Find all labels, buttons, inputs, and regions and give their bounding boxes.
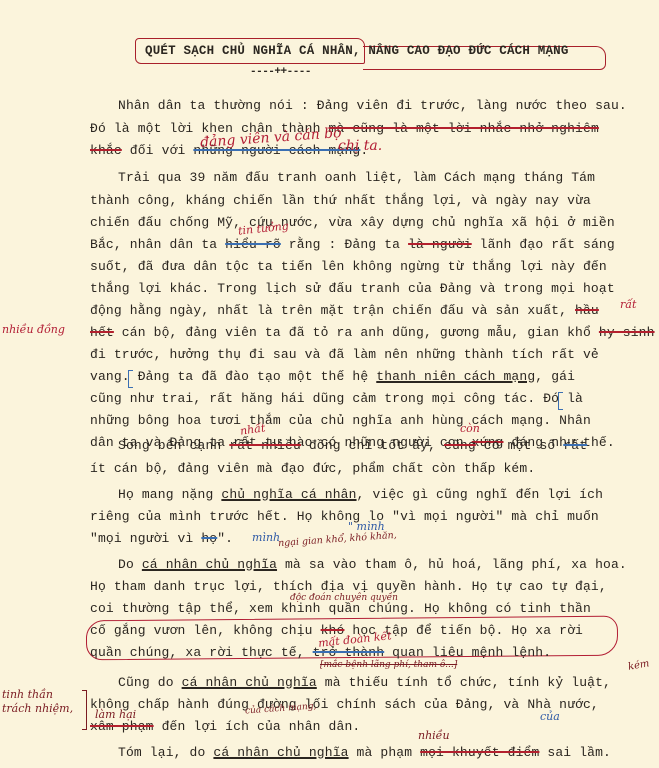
underlined-text: thanh niên cách mạng <box>376 369 535 384</box>
handwritten-insertion: của <box>540 710 560 723</box>
underlined-text: cá nhân chủ nghĩa <box>142 557 277 572</box>
struck-text: trở thành <box>313 645 385 660</box>
p2-line-1: Trải qua 39 năm đấu tranh oanh liệt, làm… <box>118 170 595 185</box>
handwritten-insertion: mình <box>252 531 280 544</box>
text: sai lầm. <box>539 745 611 760</box>
struck-text: là người <box>408 237 472 252</box>
underlined-text: chủ nghĩa cá nhân <box>221 487 356 502</box>
p2-line-10: vang. Đảng ta đã đào tạo một thế hệ than… <box>90 369 575 384</box>
underlined-text: cá nhân chủ nghĩa <box>213 745 348 760</box>
text: "mọi người vì <box>90 531 201 546</box>
handwritten-insertion: còn <box>460 422 480 435</box>
text: cán bộ, đảng viên ta đã tỏ ra anh dũng, … <box>114 325 599 340</box>
text: đồng chí tốt ấy, <box>301 438 444 453</box>
struck-text: cũng <box>444 438 476 453</box>
text: mà phạm <box>349 745 421 760</box>
text: mà thiếu tính tổ chức, tính kỷ luật, <box>317 675 611 690</box>
p6-line-3: xâm phạm đến lợi ích của nhân dân. <box>90 719 360 734</box>
p5-line-1: Do cá nhân chủ nghĩa mà sa vào tham ô, h… <box>118 557 627 572</box>
p5-line-2: Họ tham danh trục lợi, thích địa vị quyề… <box>90 579 607 594</box>
p2-line-9: đi trước, hưởng thụ đi sau và đã làm nên… <box>90 347 599 362</box>
title-part2: NÂNG CAO ĐẠO ĐỨC CÁCH MẠNG <box>368 44 568 58</box>
title-separator: ----++---- <box>250 66 311 78</box>
struck-text: hiểu rõ <box>225 237 281 252</box>
text: rằng : Đảng ta <box>281 237 408 252</box>
blue-bracket-mark <box>558 392 563 410</box>
text: Đó là <box>543 391 583 406</box>
struck-text: hết <box>90 325 114 340</box>
text: mà sa vào tham ô, hủ hoá, lãng phí, xa h… <box>277 557 627 572</box>
p2-line-2: thành công, kháng chiến lần thứ nhất thắ… <box>90 193 591 208</box>
text: đến lợi ích của nhân dân. <box>154 719 361 734</box>
text: lãnh đạo rất sáng <box>472 237 615 252</box>
p2-line-4: Bắc, nhân dân ta hiểu rõ rằng : Đảng ta … <box>90 237 615 252</box>
p3-line-1-text: Song bên cạnh rất nhiều đồng chí tốt ấy,… <box>118 438 587 453</box>
p2-line-6: thắng lợi khác. Trong lịch sử đấu tranh … <box>90 281 615 296</box>
handwritten-insertion: chị ta. <box>338 138 382 154</box>
page-title: QUÉT SẠCH CHỦ NGHĨA CÁ NHÂN, NÂNG CAO ĐẠ… <box>145 44 569 58</box>
p2-line-3: chiến đấu chống Mỹ, cứu nước, vừa xây dự… <box>90 215 615 230</box>
text: động hằng ngày, nhất là trên mặt trận ch… <box>90 303 575 318</box>
p6-line-1: Cũng do cá nhân chủ nghĩa mà thiếu tính … <box>118 675 611 690</box>
p5-line-3: coi thường tập thể, xem khinh quần chúng… <box>90 601 591 616</box>
p4-line-3: "mọi người vì họ". <box>90 531 233 546</box>
p2-line-7: động hằng ngày, nhất là trên mặt trận ch… <box>90 303 599 318</box>
p5-line-5: quần chúng, xa rời thực tế, trở thành qu… <box>90 645 551 660</box>
title-part1: QUÉT SẠCH CHỦ NGHĨA CÁ NHÂN, <box>145 44 361 58</box>
text: vang. <box>90 369 138 384</box>
p2-line-12: những bông hoa tươi thắm của chủ nghĩa a… <box>90 413 591 428</box>
p3-line-2: ít cán bộ, đảng viên mà đạo đức, phẩm ch… <box>90 461 535 476</box>
text: Song bên cạnh <box>118 438 229 453</box>
typewritten-manuscript-page: QUÉT SẠCH CHỦ NGHĨA CÁ NHÂN, NÂNG CAO ĐẠ… <box>0 0 659 768</box>
text: Tóm lại, do <box>118 745 213 760</box>
text: Cũng do <box>118 675 182 690</box>
p1-line-1: Nhân dân ta thường nói : Đảng viên đi tr… <box>118 98 627 113</box>
text: , gái <box>535 369 575 384</box>
handwritten-insertion: rất <box>620 298 636 311</box>
p2-line-11: cũng như trai, rất hăng hái dũng cảm tro… <box>90 391 583 406</box>
p4-line-2: riêng của mình trước hết. Họ không lo "v… <box>90 509 599 524</box>
text: Họ mang nặng <box>118 487 221 502</box>
text: quần chúng, xa rời thực tế, <box>90 645 313 660</box>
text: đối với <box>122 143 194 158</box>
p2-line-5: suốt, đã đưa dân tộc ta tiến lên không n… <box>90 259 607 274</box>
p6-line-2: không chấp hành đúng đường lối chính sác… <box>90 697 599 712</box>
document-title: QUÉT SẠCH CHỦ NGHĨA CÁ NHÂN, NÂNG CAO ĐẠ… <box>135 38 615 68</box>
p7-line-1: Tóm lại, do cá nhân chủ nghĩa mà phạm mọ… <box>118 745 611 760</box>
struck-text: mà cũng là một lời nhắc nhở nghiêm <box>329 121 599 136</box>
struck-text: rất nhiều <box>229 438 301 453</box>
margin-annotation: tinh thần trách nhiệm, <box>2 688 82 716</box>
text: Bắc, nhân dân ta <box>90 237 225 252</box>
handwritten-insertion: ngại gian khổ, khó khăn, <box>278 530 397 549</box>
text: quan liêu mệnh lệnh. <box>384 645 551 660</box>
text: Do <box>118 557 142 572</box>
struck-text: xâm phạm <box>90 719 154 734</box>
struck-text: khắc <box>90 143 122 158</box>
struck-text: họ <box>201 531 217 546</box>
text: ". <box>217 531 233 546</box>
margin-bracket <box>82 690 87 730</box>
handwritten-insertion: nhiều <box>418 729 450 742</box>
text: Đảng ta đã đào tạo một thế hệ <box>138 369 377 384</box>
text: có một số <box>476 438 563 453</box>
text: , việc gì cũng nghĩ đến lợi ích <box>357 487 604 502</box>
handwritten-struck-annotation: [mắc bệnh lãng phí, tham ô...] <box>320 660 457 670</box>
underlined-text: cá nhân chủ nghĩa <box>182 675 317 690</box>
struck-text: hy sinh <box>599 325 655 340</box>
p4-line-1: Họ mang nặng chủ nghĩa cá nhân, việc gì … <box>118 487 603 502</box>
struck-text: rất <box>563 438 587 453</box>
p2-line-8: hết cán bộ, đảng viên ta đã tỏ ra anh dũ… <box>90 325 655 340</box>
margin-annotation: nhiều đồng <box>2 323 65 336</box>
p1-line-2: Đó là một lời khen chân thành mà cũng là… <box>90 121 599 136</box>
struck-text: mọi khuyết điểm <box>420 745 539 760</box>
handwritten-insertion: kém <box>627 658 650 673</box>
struck-text: hầu <box>575 303 599 318</box>
text: cũng như trai, rất hăng hái dũng cảm tro… <box>90 391 543 406</box>
